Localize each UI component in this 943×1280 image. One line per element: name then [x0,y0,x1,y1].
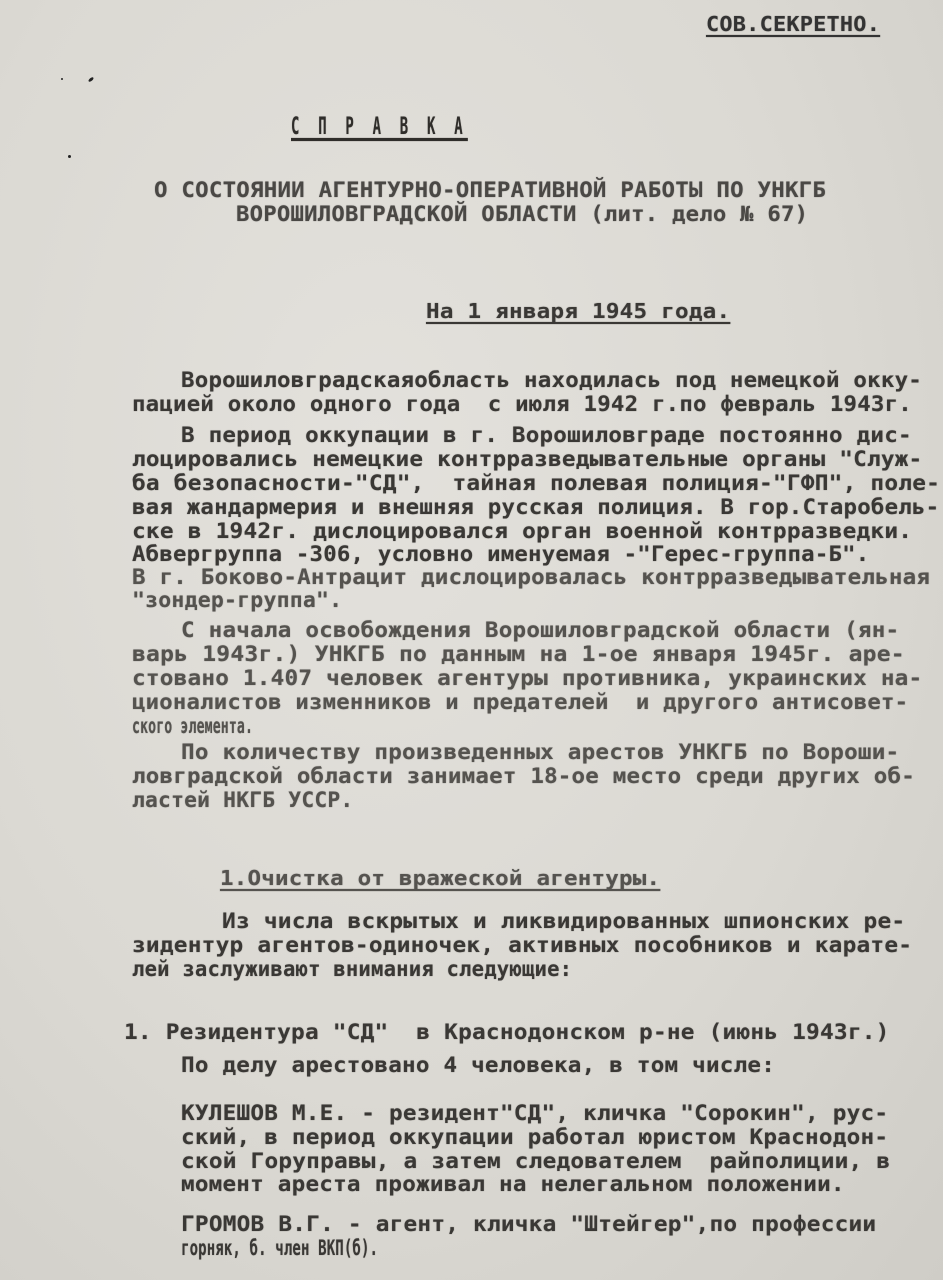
document-page: СОВ.СЕКРЕТНО. С П Р А В К А О СОСТОЯНИИ … [0,0,943,1280]
paragraph-3-line-3: стовано 1.407 человек агентуры противник… [132,667,922,691]
section-heading: 1.Очистка от вражеской агентуры. [220,866,660,890]
paragraph-4-line-1: По количеству произведенных арестов УНКГ… [181,741,899,765]
subtitle-line-2: ВОРОШИЛОВГРАДСКОЙ ОБЛАСТИ (лит. дело № 6… [236,202,808,226]
person-1-line-1: КУЛЕШОВ М.Е. - резидент"СД", кличка "Сор… [181,1102,888,1126]
paragraph-4-line-2: ловградской области занимает 18-ое место… [132,765,915,789]
paragraph-4-line-3: ластей НКГБ УССР. [132,789,353,813]
paragraph-2-line-5: ске в 1942г. дислоцировался орган военно… [132,520,912,544]
paragraph-2-line-8: "зондер-группа". [132,589,342,613]
paragraph-2-line-2: лоцировались немецкие контрразведыватель… [132,448,922,472]
paragraph-3-line-5: ского элемента. [132,715,253,739]
paragraph-3-line-4: ционалистов изменников и предателей и др… [132,691,908,715]
paragraph-3-line-2: варь 1943г.) УНКГБ по данным на 1-ое янв… [132,643,905,667]
section-intro-line-1: Из числа вскрытых и ликвидированных шпио… [222,910,905,934]
person-1-line-2: ский, в период оккупации работал юристом… [181,1126,888,1150]
date-line: На 1 января 1945 года. [426,299,730,323]
paragraph-2-line-3: ба безопасности-"СД", тайная полевая пол… [132,472,940,496]
ink-speck [61,78,63,80]
person-2-line-1: ГРОМОВ В.Г. - агент, кличка "Штейгер",по… [181,1213,876,1237]
classification-stamp: СОВ.СЕКРЕТНО. [706,12,880,36]
ink-speck [88,76,95,82]
person-2-line-2: горняк, б. член ВКП(б). [181,1237,378,1261]
paragraph-2-line-6: Абвергруппа -306, условно именуемая -"Ге… [132,543,869,567]
paragraph-2-line-7: В г. Боково-Антрацит дислоцировалась кон… [132,566,930,590]
case-1-summary: По делу арестовано 4 человека, в том чис… [181,1054,775,1078]
person-1-line-3: ской Горуправы, а затем следователем рай… [181,1150,890,1174]
document-title: С П Р А В К А [291,114,468,138]
case-1-heading: 1. Резидентура "СД" в Краснодонском р-не… [124,1021,890,1045]
person-1-line-4: момент ареста проживал на нелегальном по… [181,1173,845,1197]
section-intro-line-3: лей заслуживают внимания следующие: [132,958,572,982]
section-intro-line-2: зидентур агентов-одиночек, активных посо… [132,934,912,958]
subtitle-line-1: О СОСТОЯНИИ АГЕНТУРНО-ОПЕРАТИВНОЙ РАБОТЫ… [154,178,826,202]
paragraph-2-line-1: В период оккупации в г. Ворошиловграде п… [181,424,912,448]
paragraph-3-line-1: С начала освобождения Ворошиловградской … [181,619,899,643]
paragraph-2-line-4: вая жандармерия и внешняя русская полици… [132,496,939,520]
paragraph-1-line-1: Ворошиловградскаяобласть находилась под … [181,369,922,393]
ink-speck [68,155,71,158]
paragraph-1-line-2: пацией около одного года с июля 1942 г.п… [132,393,912,417]
